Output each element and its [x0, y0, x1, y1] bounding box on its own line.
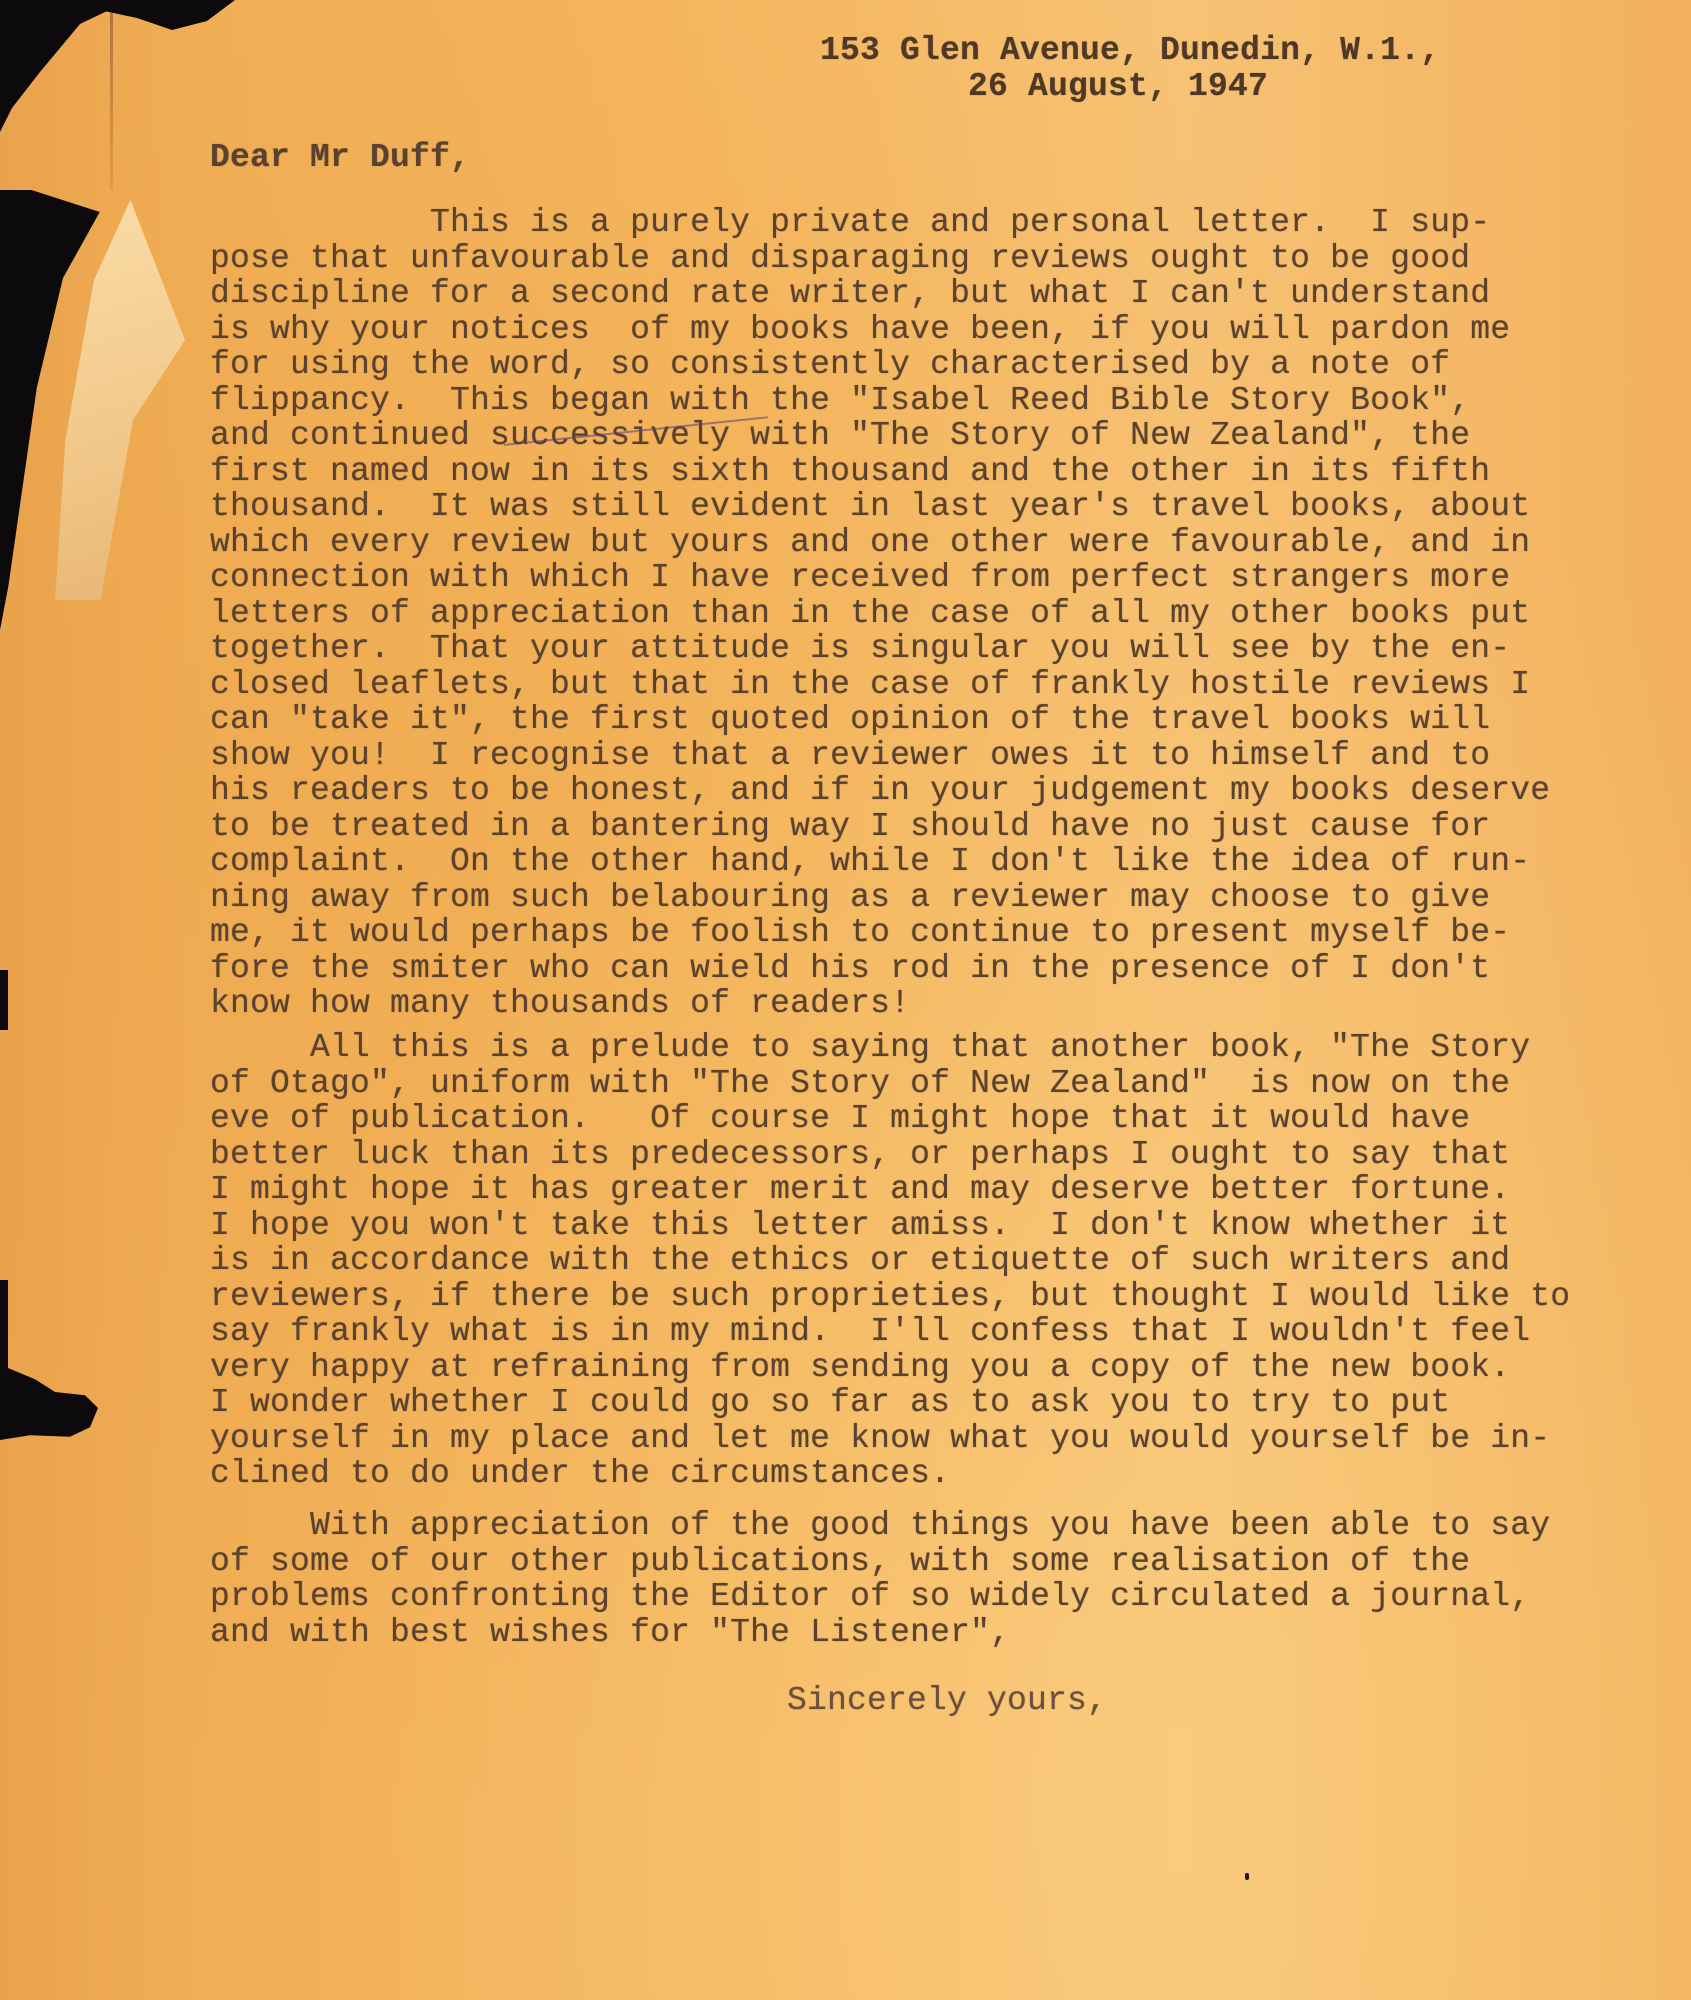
- text-line: ning away from such belabouring as a rev…: [210, 880, 1550, 916]
- text-line: I wonder whether I could go so far as to…: [210, 1385, 1570, 1421]
- salutation: Dear Mr Duff,: [210, 140, 470, 176]
- folded-paper-flap: [55, 200, 185, 600]
- text-line: fore the smiter who can wield his rod in…: [210, 951, 1550, 987]
- text-line: which every review but yours and one oth…: [210, 525, 1550, 561]
- text-line: better luck than its predecessors, or pe…: [210, 1137, 1570, 1173]
- text-line: closed leaflets, but that in the case of…: [210, 667, 1550, 703]
- sender-address-block: 153 Glen Avenue, Dunedin, W.1.,26 August…: [820, 33, 1440, 105]
- text-line: All this is a prelude to saying that ano…: [210, 1030, 1570, 1066]
- text-line: flippancy. This began with the "Isabel R…: [210, 383, 1550, 419]
- paragraph-2: All this is a prelude to saying that ano…: [210, 1030, 1570, 1492]
- text-line: show you! I recognise that a reviewer ow…: [210, 738, 1550, 774]
- text-line: reviewers, if there be such proprieties,…: [210, 1279, 1570, 1315]
- text-line: of Otago", uniform with "The Story of Ne…: [210, 1066, 1570, 1102]
- text-line: very happy at refraining from sending yo…: [210, 1350, 1570, 1386]
- paper-crease: [110, 0, 113, 190]
- text-line: for using the word, so consistently char…: [210, 347, 1550, 383]
- text-line: letters of appreciation than in the case…: [210, 596, 1550, 632]
- text-line: is why your notices of my books have bee…: [210, 312, 1550, 348]
- letter-date: 26 August, 1947: [820, 69, 1440, 105]
- text-line: can "take it", the first quoted opinion …: [210, 702, 1550, 738]
- text-line: and continued successively with "The Sto…: [210, 418, 1550, 454]
- paragraph-1: This is a purely private and personal le…: [210, 205, 1550, 1022]
- text-line: complaint. On the other hand, while I do…: [210, 844, 1550, 880]
- text-line: know how many thousands of readers!: [210, 986, 1550, 1022]
- text-line: With appreciation of the good things you…: [210, 1508, 1550, 1544]
- address-line: 153 Glen Avenue, Dunedin, W.1.,: [820, 33, 1440, 69]
- torn-notch-left: [0, 1280, 100, 1440]
- text-line: his readers to be honest, and if in your…: [210, 773, 1550, 809]
- paper-speck: [1245, 1873, 1249, 1880]
- text-line: is in accordance with the ethics or etiq…: [210, 1243, 1570, 1279]
- text-line: to be treated in a bantering way I shoul…: [210, 809, 1550, 845]
- paragraph-3: With appreciation of the good things you…: [210, 1508, 1550, 1650]
- closing: Sincerely yours,: [787, 1683, 1107, 1719]
- text-line: me, it would perhaps be foolish to conti…: [210, 915, 1550, 951]
- text-line: discipline for a second rate writer, but…: [210, 276, 1550, 312]
- text-line: yourself in my place and let me know wha…: [210, 1421, 1570, 1457]
- text-line: I hope you won't take this letter amiss.…: [210, 1208, 1570, 1244]
- text-line: and with best wishes for "The Listener",: [210, 1615, 1550, 1651]
- text-line: thousand. It was still evident in last y…: [210, 489, 1550, 525]
- text-line: say frankly what is in my mind. I'll con…: [210, 1314, 1570, 1350]
- text-line: pose that unfavourable and disparaging r…: [210, 241, 1550, 277]
- text-line: first named now in its sixth thousand an…: [210, 454, 1550, 490]
- text-line: together. That your attitude is singular…: [210, 631, 1550, 667]
- torn-edge-top: [95, 0, 235, 30]
- text-line: connection with which I have received fr…: [210, 560, 1550, 596]
- text-line: eve of publication. Of course I might ho…: [210, 1101, 1570, 1137]
- torn-edge-left-mid: [0, 970, 8, 1030]
- letter-page: 153 Glen Avenue, Dunedin, W.1.,26 August…: [0, 0, 1691, 2000]
- text-line: of some of our other publications, with …: [210, 1544, 1550, 1580]
- text-line: This is a purely private and personal le…: [210, 205, 1550, 241]
- text-line: clined to do under the circumstances.: [210, 1456, 1570, 1492]
- text-line: problems confronting the Editor of so wi…: [210, 1579, 1550, 1615]
- text-line: I might hope it has greater merit and ma…: [210, 1172, 1570, 1208]
